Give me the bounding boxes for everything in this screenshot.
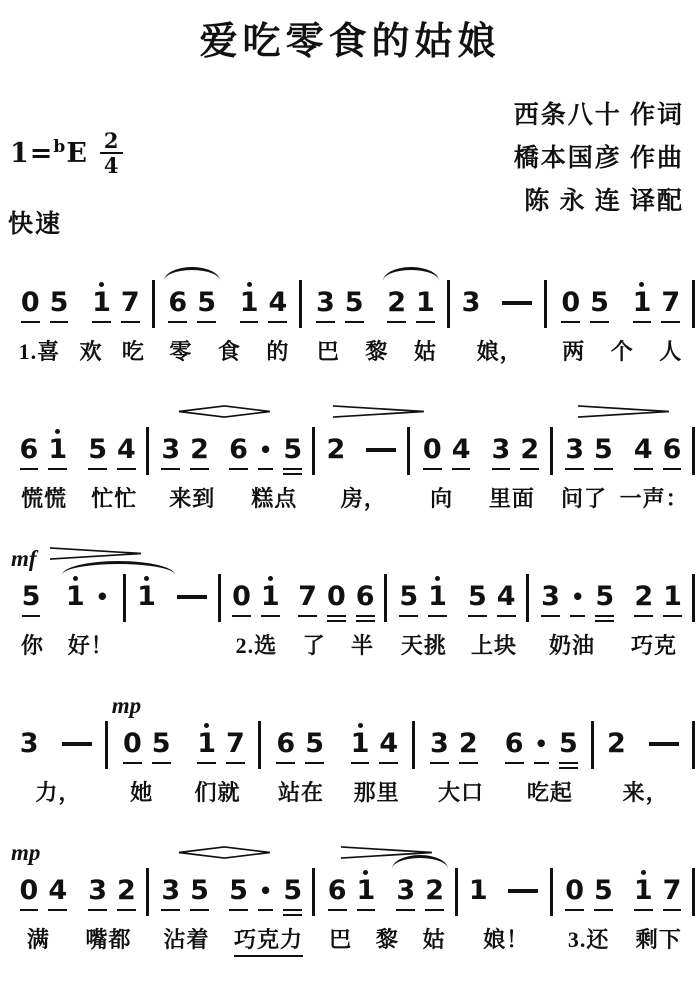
note-digit-5: 5 [185, 868, 214, 911]
digit-glyph: 4 [117, 435, 136, 465]
digit-glyph: 6 [356, 582, 375, 612]
expression-marks [389, 544, 529, 574]
note-digit-2: 2 [515, 427, 544, 470]
digit-glyph: 0 [20, 876, 39, 906]
beam-underline [492, 468, 511, 471]
expression-marks [412, 397, 552, 427]
note-digit-1: 1 [235, 280, 264, 323]
beam-underline [634, 615, 653, 618]
notes-row: 6514 [157, 280, 303, 328]
beam-underline [168, 321, 187, 324]
barline [299, 280, 302, 328]
lyric-syllable: 沾着 [164, 923, 210, 957]
lyric-syllable: 慌慌 [21, 482, 67, 513]
beam-underline [283, 468, 302, 471]
beat-group [495, 280, 539, 318]
digit-glyph: 7 [298, 582, 317, 612]
beam-underline [190, 468, 209, 471]
dash-note [170, 574, 214, 612]
note-digit-2: 2 [420, 868, 449, 911]
digit-glyph: 1 [137, 582, 156, 612]
beat-group: 04 [15, 868, 73, 911]
beat-group: 21 [382, 280, 440, 323]
beam-underline [423, 468, 442, 471]
beat-group: 2 [322, 427, 351, 465]
beam-underline [283, 914, 302, 917]
lyric-syllable: 吃 [122, 335, 145, 366]
beat-group: 32 [391, 868, 449, 911]
digit-glyph: 4 [452, 435, 471, 465]
notes-row: 0517 [549, 280, 695, 328]
dash-note [642, 721, 686, 759]
beat-group: 35 [311, 280, 369, 323]
digit-glyph: 1 [240, 288, 259, 318]
beam-underline [152, 762, 171, 765]
note-digit-1: 1 [629, 868, 658, 911]
note-digit-2: 2 [382, 280, 411, 323]
barline [152, 280, 155, 328]
note-digit-3: 3 [425, 721, 454, 764]
beat-group: 3•5 [536, 574, 619, 622]
note-digit-0: 0 [118, 721, 147, 764]
beam-underline [327, 620, 346, 623]
lyric-syllable: 吃起 [527, 776, 573, 807]
barline [105, 721, 108, 769]
beam-underline [425, 909, 444, 912]
digit-glyph: 1 [428, 582, 447, 612]
beat-groups: 0432 [9, 868, 146, 911]
lyric-syllable: 个 [611, 335, 634, 366]
expression-marks [317, 397, 410, 427]
measure: 6514站在那里 [262, 691, 415, 807]
note-digit-1: 1 [61, 574, 90, 612]
barline [550, 427, 553, 475]
note-digit-1: 1 [132, 574, 161, 612]
beat-groups: 0517 [110, 721, 258, 764]
decrescendo-hairpin-icon [577, 405, 670, 418]
expression-marks [555, 397, 695, 427]
measure: 6132巴黎姑 [316, 838, 458, 957]
barline [218, 574, 221, 622]
digit-glyph: 6 [168, 288, 187, 318]
beat-groups: 3•521 [531, 574, 692, 622]
note-digit-2: 2 [629, 574, 658, 617]
note-digit-1: 1 [87, 280, 116, 323]
notes-row: 6154 [9, 427, 149, 475]
note-digit-5: 5 [554, 721, 583, 769]
beat-groups: 01706 [223, 574, 384, 622]
note-digit-3: 3 [15, 721, 44, 759]
expression-marks [223, 544, 387, 574]
digit-glyph: 3 [565, 435, 584, 465]
digit-glyph: • [534, 729, 549, 759]
digit-glyph: 2 [607, 729, 626, 759]
beam-underline [396, 909, 415, 912]
beam-underline [565, 909, 584, 912]
lyrics-row: 娘！ [460, 923, 553, 954]
barline [312, 868, 315, 916]
beam-underline [92, 321, 111, 324]
lyrics-row: 问了一声： [555, 482, 695, 513]
music-system-4: 3力，mp0517她们就6514站在那里326•5大口吃起2来， [8, 691, 696, 807]
digit-glyph: 5 [399, 582, 418, 612]
beat-group: 35 [560, 427, 618, 470]
notes-row: 1 [460, 868, 553, 916]
note-digit-1: 1 [352, 868, 381, 911]
digit-glyph [62, 742, 92, 746]
barline [591, 721, 594, 769]
lyric-syllable: 了 [303, 629, 326, 660]
lyric-syllable: 上块 [471, 629, 517, 660]
digit-glyph: 1 [197, 729, 216, 759]
barline [692, 427, 695, 475]
notes-row: 0517 [9, 280, 155, 328]
beat-group: 17 [87, 280, 145, 323]
beat-group: 1• [61, 574, 115, 612]
lyric-syllable: 巧克力 [234, 923, 303, 957]
lyrics-row: 天挑上块 [389, 629, 529, 660]
digit-glyph: 5 [190, 876, 209, 906]
swell-hairpin-icon [178, 405, 271, 418]
beat-group: 1 [132, 574, 161, 612]
digit-glyph: 2 [327, 435, 346, 465]
digit-glyph: 5 [197, 288, 216, 318]
expression-marks: mp [110, 691, 261, 721]
beat-group: 32 [425, 721, 483, 764]
lyrics-row: 向里面 [412, 482, 552, 513]
note-digit-6: 6 [224, 427, 253, 475]
beam-underline [351, 762, 370, 765]
digit-glyph: 3 [541, 582, 560, 612]
measure: 3力， [8, 691, 109, 807]
expression-marks [151, 838, 315, 868]
measure: 3娘， [451, 250, 549, 366]
lyric-syllable: 忙忙 [91, 482, 137, 513]
lyric-syllable: 满 [27, 923, 50, 954]
barline [692, 721, 695, 769]
tempo-marking: 快速 [8, 204, 62, 240]
lyric-syllable: 剩下 [636, 923, 682, 954]
digit-glyph: 4 [268, 288, 287, 318]
barline [407, 427, 410, 475]
measure: 6154慌慌忙忙 [8, 397, 150, 513]
digit-glyph: 5 [594, 435, 613, 465]
note-digit-4: 4 [43, 868, 72, 911]
note-digit-0: 0 [418, 427, 447, 470]
digit-glyph: 2 [425, 876, 444, 906]
measure: 017062.选了半 [222, 544, 388, 660]
digit-glyph: 1 [48, 435, 67, 465]
expression-marks [9, 250, 155, 280]
note-digit-4: 4 [374, 721, 403, 764]
barline [146, 868, 149, 916]
note-digit-0: 0 [560, 868, 589, 911]
beam-underline [428, 615, 447, 618]
notes-row: 0432 [412, 427, 552, 475]
digit-glyph: 5 [590, 288, 609, 318]
beat-group [359, 427, 403, 465]
key-signature: 1=bE 2 4 [10, 130, 123, 176]
beam-underline [20, 468, 39, 471]
beam-underline [48, 468, 67, 471]
beam-underline [229, 468, 248, 471]
measure: 326•5来到糕点 [150, 397, 316, 513]
lyrics-row: 房， [317, 482, 410, 513]
digit-glyph: 6 [505, 729, 524, 759]
lyric-syllable: 问了 [561, 482, 607, 513]
digit-glyph: 4 [48, 876, 67, 906]
digit-glyph: 1 [261, 582, 280, 612]
measure: 5154天挑上块 [388, 544, 530, 660]
beat-groups: 0432 [412, 427, 549, 470]
beam-underline [258, 468, 273, 471]
sheet-music-page: 爱吃零食的姑娘 西条八十 作词 橋本国彦 作曲 陈 永 连 译配 1=bE 2 … [0, 0, 700, 981]
barline [384, 574, 387, 622]
beam-underline [459, 762, 478, 765]
note-digit-1: 1 [423, 574, 452, 617]
beam-underline [276, 762, 295, 765]
digit-glyph: 1 [92, 288, 111, 318]
lyric-syllable: 力， [35, 776, 81, 807]
digit-glyph: 2 [459, 729, 478, 759]
digit-glyph [649, 742, 679, 746]
augmentation-dot: • [253, 868, 278, 916]
dash-note [495, 280, 539, 318]
beat-group: 32 [83, 868, 141, 911]
song-title: 爱吃零食的姑娘 [0, 10, 700, 65]
digit-glyph: 1 [416, 288, 435, 318]
digit-glyph: 0 [561, 288, 580, 318]
lyric-syllable: 奶油 [549, 629, 595, 660]
lyric-syllable: 们就 [195, 776, 241, 807]
beat-groups: 0517 [9, 280, 152, 323]
beam-underline [663, 909, 682, 912]
notes-row: 5154 [389, 574, 529, 622]
lyrics-row: 巴黎姑 [317, 923, 457, 954]
note-digit-5: 5 [17, 574, 46, 617]
beat-group: 2 [602, 721, 631, 759]
notes-row: 2 [596, 721, 695, 769]
beam-underline [117, 468, 136, 471]
notes-row: 01706 [223, 574, 387, 622]
beam-underline [520, 468, 539, 471]
note-digit-3: 3 [457, 280, 486, 318]
barline [258, 721, 261, 769]
beat-group: 04 [418, 427, 476, 470]
dash-note [359, 427, 403, 465]
beat-group: 32 [487, 427, 545, 470]
note-digit-6: 6 [500, 721, 529, 769]
digit-glyph: 0 [327, 582, 346, 612]
note-digit-5: 5 [83, 427, 112, 470]
notes-row: 326•5 [151, 427, 315, 475]
beat-group: 3 [15, 721, 44, 759]
digit-glyph: 0 [123, 729, 142, 759]
digit-glyph [177, 595, 207, 599]
beat-group: 17 [628, 280, 686, 323]
beat-groups: 6514 [157, 280, 300, 323]
beam-underline [634, 909, 653, 912]
lyric-syllable: 半 [351, 629, 374, 660]
measure: mf51•你好！ [8, 544, 127, 660]
note-digit-2: 2 [112, 868, 141, 911]
lyrics-row: 慌慌忙忙 [9, 482, 149, 513]
beam-underline [305, 762, 324, 765]
notes-row: 51• [9, 574, 126, 622]
beat-groups: 326•5 [151, 427, 312, 475]
beat-group: 61 [15, 427, 73, 470]
measure: 0517两个人 [548, 250, 696, 366]
lyric-syllable: 好！ [68, 629, 114, 660]
dynamic-marking: mf [11, 546, 37, 572]
lyrics-row: 1.喜欢吃 [9, 335, 155, 366]
expression-marks [555, 838, 695, 868]
beam-underline [594, 468, 613, 471]
lyric-syllable: 2.选 [236, 629, 278, 660]
beam-underline [595, 615, 614, 618]
beam-underline [561, 321, 580, 324]
score: 05171.喜欢吃6514零食的3521巴黎姑3娘，0517两个人6154慌慌忙… [8, 250, 696, 981]
beat-groups: 1 [128, 574, 218, 612]
digit-glyph: 6 [276, 729, 295, 759]
beat-groups: 3546 [555, 427, 692, 470]
digit-glyph: 2 [520, 435, 539, 465]
lyric-syllable: 糕点 [251, 482, 297, 513]
expression-marks [417, 691, 595, 721]
note-digit-1: 1 [192, 721, 221, 764]
beam-underline [161, 468, 180, 471]
measure: 05173.还剩下 [554, 838, 696, 957]
note-digit-7: 7 [658, 868, 687, 911]
dynamic-marking: mp [11, 840, 40, 866]
beat-group: 6•5 [224, 427, 307, 475]
beam-underline [357, 909, 376, 912]
lyric-syllable: 来到 [169, 482, 215, 513]
digit-glyph: 2 [117, 876, 136, 906]
lyrics-row: 满嘴都 [9, 923, 149, 954]
digit-glyph: 3 [88, 876, 107, 906]
beam-underline [505, 762, 524, 765]
digit-glyph: 7 [121, 288, 140, 318]
note-digit-0: 0 [227, 574, 256, 617]
note-digit-5: 5 [340, 280, 369, 323]
digit-glyph: 2 [634, 582, 653, 612]
note-digit-5: 5 [589, 868, 618, 911]
digit-glyph: 1 [351, 729, 370, 759]
beam-underline [123, 762, 142, 765]
digit-glyph: 5 [50, 288, 69, 318]
barline [455, 868, 458, 916]
beat-group: 14 [346, 721, 404, 764]
swell-hairpin-icon [178, 846, 271, 859]
augmentation-dot: • [565, 574, 590, 622]
key-prefix: 1= [10, 138, 53, 169]
beam-underline [565, 468, 584, 471]
beam-underline [661, 321, 680, 324]
note-digit-5: 5 [278, 427, 307, 475]
beam-underline [161, 909, 180, 912]
digit-glyph: 6 [229, 435, 248, 465]
dash-note [501, 868, 545, 906]
key-letter: E [66, 138, 88, 169]
augmentation-dot: • [90, 574, 115, 612]
beam-underline [345, 321, 364, 324]
expression-marks [9, 691, 108, 721]
lyric-syllable: 向 [430, 482, 453, 513]
digit-glyph: 5 [88, 435, 107, 465]
augmentation-dot: • [253, 427, 278, 475]
lyric-syllable: 两 [562, 335, 585, 366]
beam-underline [20, 909, 39, 912]
digit-glyph: 5 [594, 876, 613, 906]
beam-underline [559, 762, 578, 765]
note-digit-2: 2 [602, 721, 631, 759]
digit-glyph: 3 [430, 729, 449, 759]
composer-credit: 橋本国彦 作曲 [514, 137, 684, 180]
lyric-syllable: 黎 [376, 923, 399, 954]
note-digit-3: 3 [83, 868, 112, 911]
beat-groups: 2 [596, 721, 692, 759]
measure: mp0517她们就 [109, 691, 262, 807]
measure: 2房， [316, 397, 411, 513]
beam-underline [534, 762, 549, 765]
beam-underline [197, 762, 216, 765]
notes-row: 355•5 [151, 868, 315, 916]
note-digit-0: 0 [16, 280, 45, 323]
lyric-syllable: 巴 [329, 923, 352, 954]
digit-glyph: 3 [161, 876, 180, 906]
music-system-1: 05171.喜欢吃6514零食的3521巴黎姑3娘，0517两个人 [8, 250, 696, 366]
lyric-syllable: 那里 [354, 776, 400, 807]
notes-row: 326•5 [417, 721, 595, 769]
note-digit-3: 3 [311, 280, 340, 323]
measure: 3•521奶油巧克 [530, 544, 696, 660]
lyrics-row: 她们就 [110, 776, 261, 807]
note-digit-6: 6 [658, 427, 687, 470]
digit-glyph: 5 [595, 582, 614, 612]
music-system-5: mp0432满嘴都355•5沾着巧克力6132巴黎姑1娘！05173.还剩下 [8, 838, 696, 957]
notes-row: 0517 [555, 868, 695, 916]
digit-glyph: 6 [20, 435, 39, 465]
beam-underline [283, 909, 302, 912]
note-digit-5: 5 [278, 868, 307, 916]
expression-marks [531, 544, 695, 574]
digit-glyph: • [570, 582, 585, 612]
expression-marks [596, 691, 695, 721]
time-signature-numerator: 2 [100, 130, 123, 154]
note-digit-3: 3 [156, 427, 185, 470]
beam-underline [88, 468, 107, 471]
digit-glyph: • [258, 876, 273, 906]
notes-row: 3521 [304, 280, 450, 328]
beat-group: 17 [192, 721, 250, 764]
beam-underline [328, 909, 347, 912]
lyric-syllable: 她 [130, 776, 153, 807]
beat-group: 65 [271, 721, 329, 764]
beat-group: 14 [235, 280, 293, 323]
note-digit-1: 1 [658, 574, 687, 617]
beat-groups: 355•5 [151, 868, 312, 916]
beat-group [642, 721, 686, 759]
digit-glyph: 3 [161, 435, 180, 465]
barline [550, 868, 553, 916]
lyric-syllable: 姑 [414, 335, 437, 366]
measure: 3521巴黎姑 [303, 250, 451, 366]
beat-group: 1 [464, 868, 493, 906]
music-system-2: 6154慌慌忙忙326•5来到糕点2房，0432向里面3546问了一声： [8, 397, 696, 513]
expression-marks [263, 691, 414, 721]
lyrics-row [128, 629, 221, 659]
